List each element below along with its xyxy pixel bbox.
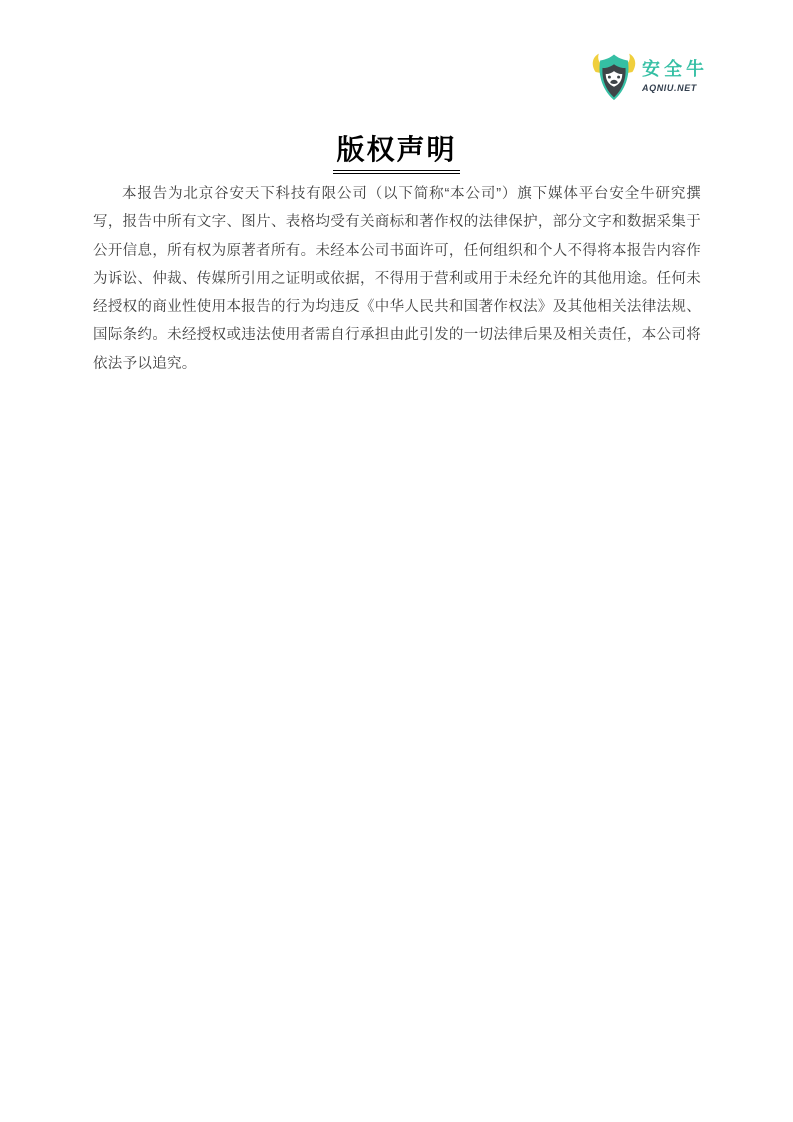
page-title: 版权声明 xyxy=(333,133,459,174)
title-row: 版权声明 xyxy=(0,133,793,174)
copyright-paragraph: 本报告为北京谷安天下科技有限公司（以下简称“本公司”）旗下媒体平台安全牛研究撰写… xyxy=(93,180,701,378)
aqniu-logo: 安全牛 AQNIU.NET xyxy=(591,51,708,105)
bull-shield-icon xyxy=(591,51,637,105)
document-body: 本报告为北京谷安天下科技有限公司（以下简称“本公司”）旗下媒体平台安全牛研究撰写… xyxy=(93,180,701,378)
logo-text: 安全牛 AQNIU.NET xyxy=(642,58,708,93)
document-page: 安全牛 AQNIU.NET 版权声明 本报告为北京谷安天下科技有限公司（以下简称… xyxy=(0,0,793,1122)
logo-domain-text: AQNIU.NET xyxy=(642,83,708,93)
logo-brand-name: 安全牛 xyxy=(642,58,708,80)
